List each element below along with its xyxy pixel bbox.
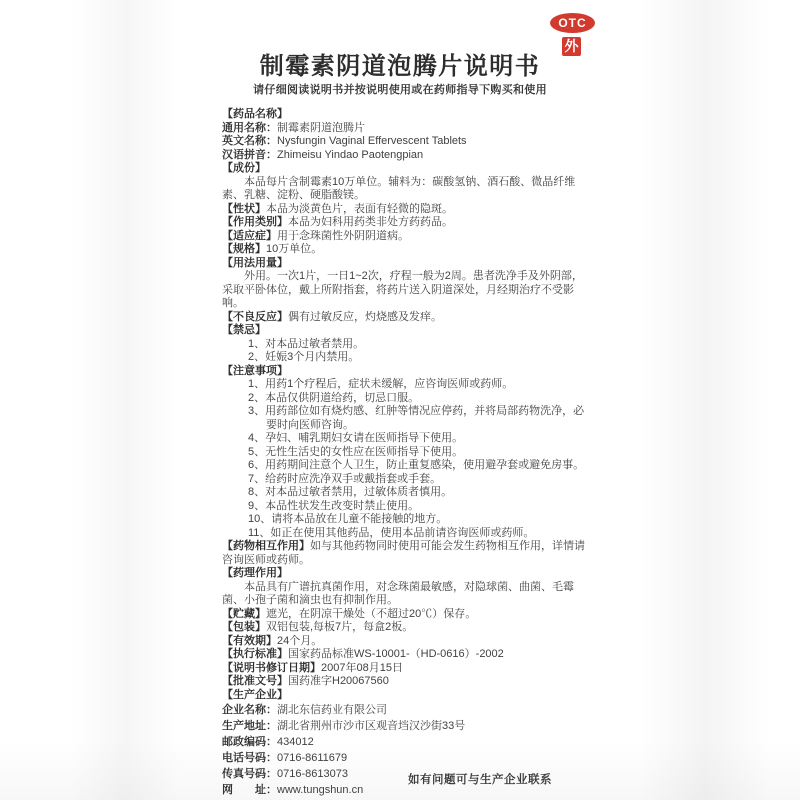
list-item: 2、本品仅供阴道给药，切忌口服。	[248, 392, 588, 406]
section-heading: 【生产企业】	[222, 689, 588, 703]
section-text: 用于念珠菌性外阴阴道病。	[277, 230, 409, 242]
field-value: 制霉素阴道泡腾片	[277, 122, 365, 134]
leaflet-page: OTC 外 制霉素阴道泡腾片说明书 请仔细阅读说明书并按说明使用或在药师指导下购…	[0, 0, 800, 800]
list-item: 5、无性生活史的女性应在医师指导下使用。	[248, 446, 588, 460]
section-heading: 【药理作用】	[222, 567, 588, 581]
section-label: 【药理作用】	[222, 567, 288, 579]
field-value: 0716-8613073	[277, 768, 348, 780]
section-heading: 【作用类别】本品为妇科用药类非处方药药品。	[222, 216, 588, 230]
section-label: 【注意事项】	[222, 365, 288, 377]
section-label: 【不良反应】	[222, 311, 288, 323]
section-text: 国药准字H20067560	[288, 675, 389, 687]
field-label: 电话号码：	[222, 752, 277, 764]
field-row: 生产地址：湖北省荆州市沙市区观音垱汉沙街33号	[222, 718, 588, 734]
section-label: 【作用类别】	[222, 216, 288, 228]
otc-badge-icon: OTC	[550, 13, 595, 33]
field-row: 企业名称：湖北东信药业有限公司	[222, 702, 588, 718]
section-text: 偶有过敏反应，灼烧感及发痒。	[288, 311, 442, 323]
field-label: 企业名称：	[222, 704, 277, 716]
field-label: 网 址：	[222, 784, 277, 796]
list-item: 3、用药部位如有烧灼感、红肿等情况应停药，并将局部药物洗净，必要时向医师咨询。	[248, 405, 588, 432]
section-label: 【禁忌】	[222, 324, 266, 336]
list-item: 1、对本品过敏者禁用。	[248, 338, 588, 352]
section-heading: 【有效期】24个月。	[222, 635, 588, 649]
section-heading: 【药物相互作用】如与其他药物同时使用可能会发生药物相互作用，详情请咨询医师或药师…	[222, 540, 588, 567]
list-item: 8、对本品过敏者禁用，过敏体质者慎用。	[248, 486, 588, 500]
field-value: Nysfungin Vaginal Effervescent Tablets	[277, 135, 467, 147]
field-row: 英文名称：Nysfungin Vaginal Effervescent Tabl…	[222, 135, 588, 149]
section-label: 【性状】	[222, 203, 266, 215]
section-text: 10万单位。	[266, 243, 322, 255]
field-row: 电话号码：0716-8611679	[222, 750, 588, 766]
section-text: 24个月。	[277, 635, 322, 647]
page-title: 制霉素阴道泡腾片说明书	[0, 46, 800, 81]
section-label: 【包装】	[222, 621, 266, 633]
section-label: 【适应症】	[222, 230, 277, 242]
field-value: www.tungshun.cn	[277, 784, 363, 796]
section-text: 遮光，在阴凉干燥处（不超过20℃）保存。	[266, 608, 476, 620]
field-label: 通用名称：	[222, 122, 277, 134]
paragraph: 本品每片含制霉素10万单位。辅料为：碳酸氢钠、酒石酸、微晶纤维素、乳糖、淀粉、硬…	[222, 176, 588, 203]
field-value: 434012	[277, 736, 314, 748]
section-label: 【贮藏】	[222, 608, 266, 620]
field-label: 传真号码：	[222, 768, 277, 780]
section-heading: 【成份】	[222, 162, 588, 176]
section-label: 【批准文号】	[222, 675, 288, 687]
section-heading: 【性状】本品为淡黄色片，表面有轻微的隐斑。	[222, 203, 588, 217]
list-item: 1、用药1个疗程后，症状未缓解，应咨询医师或药师。	[248, 378, 588, 392]
section-text: 2007年08月15日	[321, 662, 403, 674]
section-label: 【有效期】	[222, 635, 277, 647]
section-label: 【说明书修订日期】	[222, 662, 321, 674]
scan-artifact	[640, 0, 770, 800]
section-heading: 【说明书修订日期】2007年08月15日	[222, 662, 588, 676]
scan-artifact	[70, 0, 180, 800]
list-item: 9、本品性状发生改变时禁止使用。	[248, 500, 588, 514]
paragraph: 本品具有广谱抗真菌作用，对念珠菌最敏感，对隐球菌、曲菌、毛霉菌、小孢子菌和滴虫也…	[222, 581, 588, 608]
field-value: Zhimeisu Yindao Paotengpian	[277, 149, 423, 161]
field-label: 汉语拼音：	[222, 149, 277, 161]
section-heading: 【执行标准】国家药品标准WS-10001-（HD-0616）-2002	[222, 648, 588, 662]
section-label: 【执行标准】	[222, 648, 288, 660]
list-item: 2、妊娠3个月内禁用。	[248, 351, 588, 365]
section-heading: 【贮藏】遮光，在阴凉干燥处（不超过20℃）保存。	[222, 608, 588, 622]
section-heading: 【包装】双铝包装,每板7片，每盒2板。	[222, 621, 588, 635]
list-item: 6、用药期间注意个人卫生，防止重复感染，使用避孕套或避免房事。	[248, 459, 588, 473]
section-text: 本品为妇科用药类非处方药药品。	[288, 216, 453, 228]
page-subtitle: 请仔细阅读说明书并按说明使用或在药师指导下购买和使用	[0, 81, 800, 97]
section-label: 【规格】	[222, 243, 266, 255]
footer-note: 如有问题可与生产企业联系	[408, 771, 552, 787]
field-value: 湖北东信药业有限公司	[277, 704, 387, 716]
section-heading: 【注意事项】	[222, 365, 588, 379]
section-label: 【生产企业】	[222, 689, 288, 701]
section-heading: 【适应症】用于念珠菌性外阴阴道病。	[222, 230, 588, 244]
field-value: 湖北省荆州市沙市区观音垱汉沙街33号	[277, 720, 465, 732]
section-label: 【成份】	[222, 162, 266, 174]
field-label: 邮政编码：	[222, 736, 277, 748]
field-row: 汉语拼音：Zhimeisu Yindao Paotengpian	[222, 149, 588, 163]
section-heading: 【禁忌】	[222, 324, 588, 338]
field-label: 生产地址：	[222, 720, 277, 732]
section-text: 国家药品标准WS-10001-（HD-0616）-2002	[288, 648, 504, 660]
section-heading: 【药品名称】	[222, 108, 588, 122]
list-item: 11、如正在使用其他药品，使用本品前请咨询医师或药师。	[248, 527, 588, 541]
section-label: 【药物相互作用】	[222, 540, 310, 552]
section-text: 本品为淡黄色片，表面有轻微的隐斑。	[266, 203, 453, 215]
section-text: 双铝包装,每板7片，每盒2板。	[266, 621, 413, 633]
list-item: 7、给药时应洗净双手或戴指套或手套。	[248, 473, 588, 487]
section-heading: 【批准文号】国药准字H20067560	[222, 675, 588, 689]
list-item: 10、请将本品放在儿童不能接触的地方。	[248, 513, 588, 527]
section-heading: 【用法用量】	[222, 257, 588, 271]
field-value: 0716-8611679	[277, 752, 347, 764]
section-label: 【药品名称】	[222, 108, 288, 120]
paragraph: 外用。一次1片，一日1~2次，疗程一般为2周。患者洗净手及外阴部，采取平卧体位，…	[222, 270, 588, 311]
section-heading: 【规格】10万单位。	[222, 243, 588, 257]
list-item: 4、孕妇、哺乳期妇女请在医师指导下使用。	[248, 432, 588, 446]
field-label: 英文名称：	[222, 135, 277, 147]
section-label: 【用法用量】	[222, 257, 288, 269]
field-row: 通用名称：制霉素阴道泡腾片	[222, 122, 588, 136]
field-row: 邮政编码：434012	[222, 734, 588, 750]
section-heading: 【不良反应】偶有过敏反应，灼烧感及发痒。	[222, 311, 588, 325]
leaflet-body: 【药品名称】通用名称：制霉素阴道泡腾片英文名称：Nysfungin Vagina…	[222, 108, 588, 798]
